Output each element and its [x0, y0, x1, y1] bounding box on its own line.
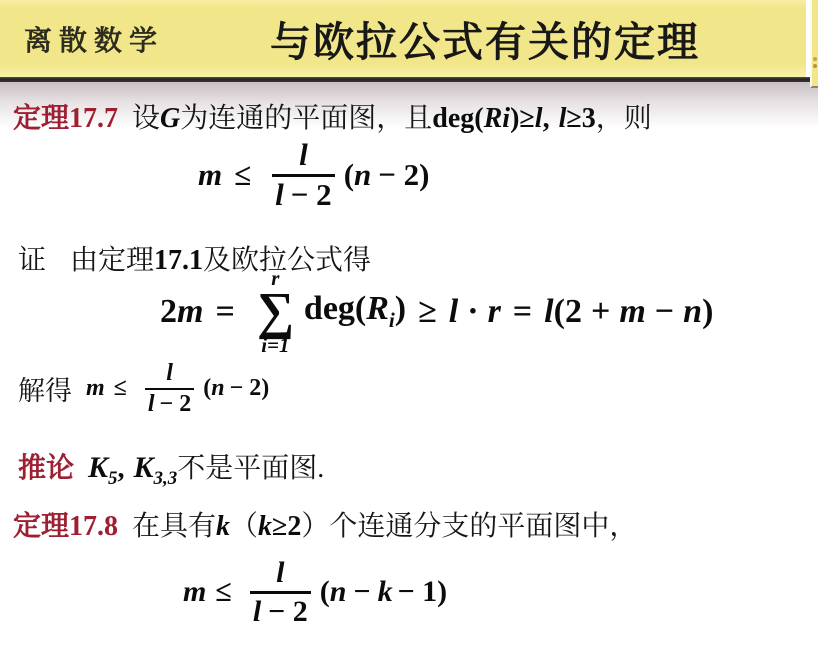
math-run: deg(: [432, 103, 483, 135]
proof-equation: 2m = r ∑ i=1 deg(Ri) ≥ l·r = l(2+m−n): [160, 268, 713, 356]
fraction-numerator: l: [266, 556, 294, 590]
text-run: 由定理: [70, 238, 154, 278]
math-run: deg(Ri): [304, 290, 406, 333]
solve-line: 解得 m ≤ l l− 2 (n− 2): [18, 360, 269, 418]
var-l: l: [559, 103, 567, 135]
theorem-17-7-line: 定理17.7 设 G 为连通的平面图，且 deg( Ri )≥ l , l ≥3…: [13, 96, 652, 136]
edge-speck: [813, 64, 817, 68]
fraction: l l− 2: [272, 138, 335, 212]
geq-operator: ≥: [418, 293, 437, 331]
theorem-17-7-formula: m ≤ l l− 2 (n− 2): [198, 138, 430, 212]
text-run: 为连通的平面图，且: [180, 96, 432, 136]
summation: r ∑ i=1: [257, 268, 294, 356]
var-K33: K: [134, 451, 154, 485]
fraction: l l− 2: [145, 360, 194, 418]
equals-operator: =: [513, 293, 532, 331]
corollary-line: 推论 K 5 , K 3,3 不是平面图.: [18, 446, 324, 486]
var-m: m: [183, 575, 206, 609]
math-run: l(2+m−n): [544, 293, 713, 331]
math-run: (n−k− 1): [320, 575, 447, 609]
text-run: ，则: [596, 96, 652, 136]
header-banner: 离散数学 与欧拉公式有关的定理: [0, 0, 806, 77]
course-logo: 离散数学: [24, 19, 164, 59]
solve-formula: m ≤ l l− 2 (n− 2): [86, 360, 269, 418]
math-run: (n− 2): [344, 157, 430, 193]
text-run: ）个连通分支的平面图中，: [301, 504, 637, 544]
subscript-5: 5: [108, 468, 118, 490]
fraction-denominator: l− 2: [250, 595, 311, 629]
leq-operator: ≤: [215, 575, 231, 609]
fraction-bar: [145, 388, 194, 390]
slide-title: 与欧拉公式有关的定理: [270, 9, 700, 68]
sigma-symbol: ∑: [257, 289, 294, 335]
theorem-17-7-label: 定理17.7: [13, 96, 118, 136]
var-K5: K: [88, 451, 108, 485]
subscript-33: 3,3: [154, 468, 178, 490]
text-run: 在具有: [132, 504, 216, 544]
var-m: m: [198, 157, 222, 193]
right-edge-sliver: [810, 0, 818, 88]
var-G: G: [160, 103, 180, 135]
slide: 离散数学 与欧拉公式有关的定理 定理17.7 设 G 为连通的平面图，且 deg…: [0, 0, 818, 659]
fraction-bar: [250, 591, 311, 594]
theorem-17-8-label: 定理17.8: [13, 504, 118, 544]
edge-speck: [813, 57, 817, 61]
text-run: 不是平面图.: [177, 446, 324, 486]
equals-operator: =: [215, 293, 234, 331]
corollary-label: 推论: [18, 446, 74, 486]
title-container: 与欧拉公式有关的定理: [164, 9, 806, 68]
math-run: ,: [118, 453, 125, 485]
math-run: ≥2: [272, 511, 301, 543]
math-run: 2m: [160, 293, 203, 331]
var-l: l: [535, 103, 543, 135]
sum-lower-limit: i=1: [261, 335, 289, 356]
math-run: ,: [543, 103, 550, 135]
leq-operator: ≤: [114, 375, 127, 402]
var-k: k: [258, 511, 272, 543]
fraction-numerator: l: [289, 138, 318, 173]
theorem-17-8-line: 定理17.8 在具有 k （ k ≥2 ）个连通分支的平面图中，: [13, 504, 637, 544]
leq-operator: ≤: [234, 157, 251, 193]
text-run: 设: [132, 96, 160, 136]
math-run: (n− 2): [203, 375, 269, 402]
math-run: )≥: [510, 103, 535, 135]
proof-label: 证: [18, 238, 46, 278]
fraction-denominator: l− 2: [272, 178, 335, 213]
var-k: k: [216, 511, 230, 543]
fraction: l l− 2: [250, 556, 311, 628]
solve-label: 解得: [18, 369, 72, 408]
math-run: l·r: [449, 293, 501, 331]
theorem-17-8-formula: m ≤ l l− 2 (n−k− 1): [183, 556, 447, 628]
var-Ri: Ri: [484, 103, 510, 135]
text-run: （: [230, 504, 258, 544]
math-run: ≥3: [566, 103, 595, 135]
